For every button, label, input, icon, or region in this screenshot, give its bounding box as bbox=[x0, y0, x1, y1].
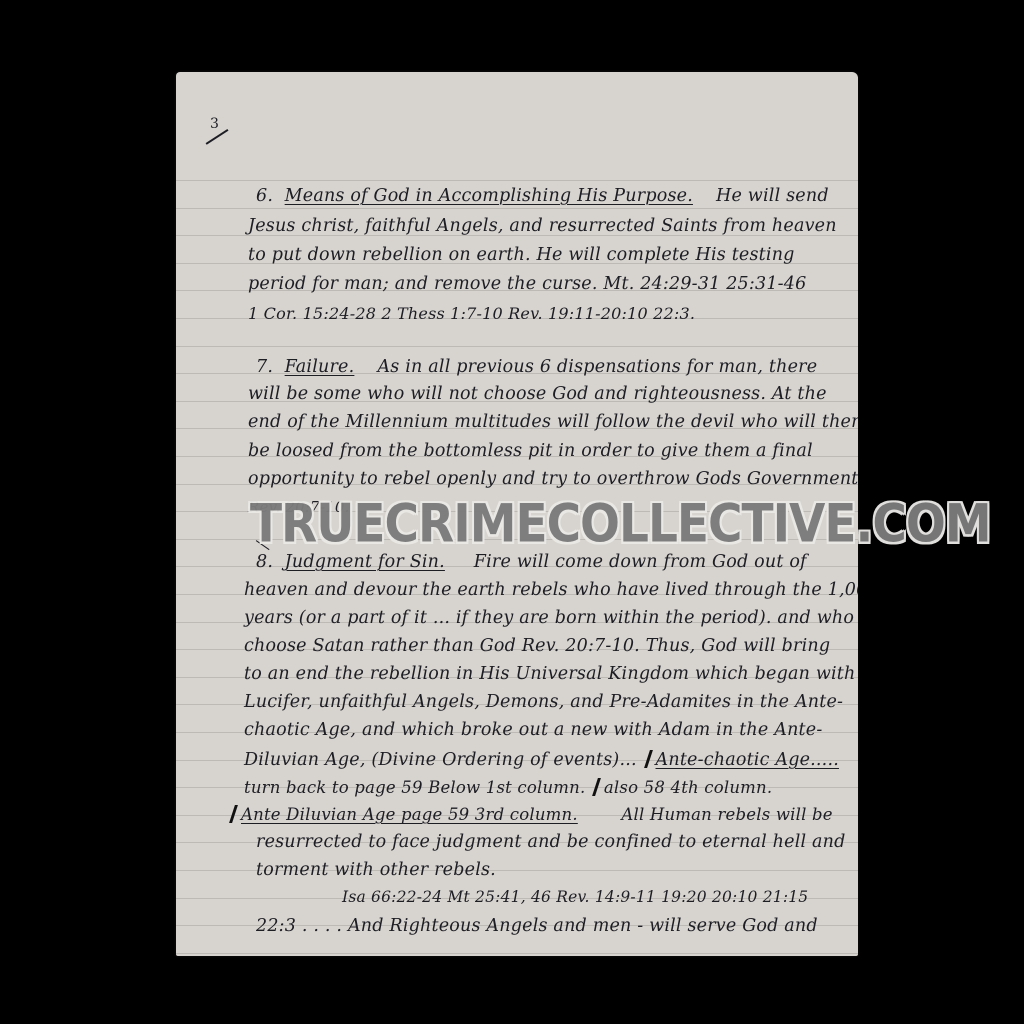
text-line: will be some who will not choose God and… bbox=[248, 386, 827, 404]
text-line: 22:3 . . . . And Righteous Angels and me… bbox=[256, 918, 818, 936]
text-line: All Human rebels will be bbox=[621, 805, 832, 824]
text-line-with-note: Diluvian Age, (Divine Ordering of events… bbox=[244, 750, 839, 770]
section-number: 7. bbox=[256, 357, 273, 377]
text-line: end of the Millennium multitudes will fo… bbox=[248, 414, 858, 432]
text-line: As in all previous 6 dispensations for m… bbox=[377, 357, 817, 377]
pen-bar-mark bbox=[229, 805, 238, 823]
text-line: period for man; and remove the curse. Mt… bbox=[248, 276, 806, 294]
ruled-line bbox=[176, 208, 858, 209]
margin-note: also 58 4th column. bbox=[604, 778, 772, 797]
text-line: Diluvian Age, (Divine Ordering of events… bbox=[244, 750, 637, 770]
section-7-heading-line: 7. Failure. As in all previous 6 dispens… bbox=[256, 359, 817, 377]
scripture-references: Isa 66:22-24 Mt 25:41, 46 Rev. 14:9-11 1… bbox=[342, 890, 808, 906]
ruled-line bbox=[176, 346, 858, 347]
text-line: torment with other rebels. bbox=[256, 862, 496, 880]
text-line: to an end the rebellion in His Universal… bbox=[244, 666, 856, 684]
text-line: opportunity to rebel openly and try to o… bbox=[248, 471, 858, 489]
pen-bar-mark bbox=[644, 750, 653, 768]
margin-note: Ante-chaotic Age..... bbox=[656, 750, 839, 770]
watermark: TRUECRIMECOLLECTIVE.COM bbox=[250, 498, 790, 551]
margin-note: Ante Diluvian Age page 59 3rd column. bbox=[241, 805, 578, 824]
section-heading: Failure. bbox=[285, 357, 355, 377]
text-line: Jesus christ, faithful Angels, and resur… bbox=[248, 218, 837, 236]
photo-background: 3 6. Means of God in Accomplishing His P… bbox=[0, 0, 1024, 1024]
section-6-heading-line: 6. Means of God in Accomplishing His Pur… bbox=[256, 188, 829, 206]
ruled-line bbox=[176, 180, 858, 181]
section-heading: Means of God in Accomplishing His Purpos… bbox=[285, 186, 693, 206]
text-line: resurrected to face judgment and be conf… bbox=[256, 834, 846, 852]
text-line: chaotic Age, and which broke out a new w… bbox=[244, 722, 822, 740]
text-line: He will send bbox=[716, 186, 829, 206]
text-line-with-note: turn back to page 59 Below 1st column. a… bbox=[244, 778, 772, 797]
page-number: 3 bbox=[210, 116, 219, 132]
text-line: choose Satan rather than God Rev. 20:7-1… bbox=[244, 638, 830, 656]
pen-bar-mark bbox=[592, 778, 601, 796]
text-line: to put down rebellion on earth. He will … bbox=[248, 247, 795, 265]
text-line: years (or a part of it ... if they are b… bbox=[244, 610, 854, 628]
text-line-with-note: Ante Diluvian Age page 59 3rd column. Al… bbox=[232, 805, 833, 824]
text-line: Lucifer, unfaithful Angels, Demons, and … bbox=[244, 694, 843, 712]
section-8-heading-line: 8. Judgment for Sin. Fire will come down… bbox=[256, 554, 807, 572]
section-number: 6. bbox=[256, 186, 273, 206]
text-line: turn back to page 59 Below 1st column. bbox=[244, 778, 585, 797]
ruled-line bbox=[176, 953, 858, 954]
text-line: heaven and devour the earth rebels who h… bbox=[244, 582, 858, 600]
text-line: be loosed from the bottomless pit in ord… bbox=[248, 443, 813, 461]
scripture-references: 1 Cor. 15:24-28 2 Thess 1:7-10 Rev. 19:1… bbox=[248, 306, 695, 322]
